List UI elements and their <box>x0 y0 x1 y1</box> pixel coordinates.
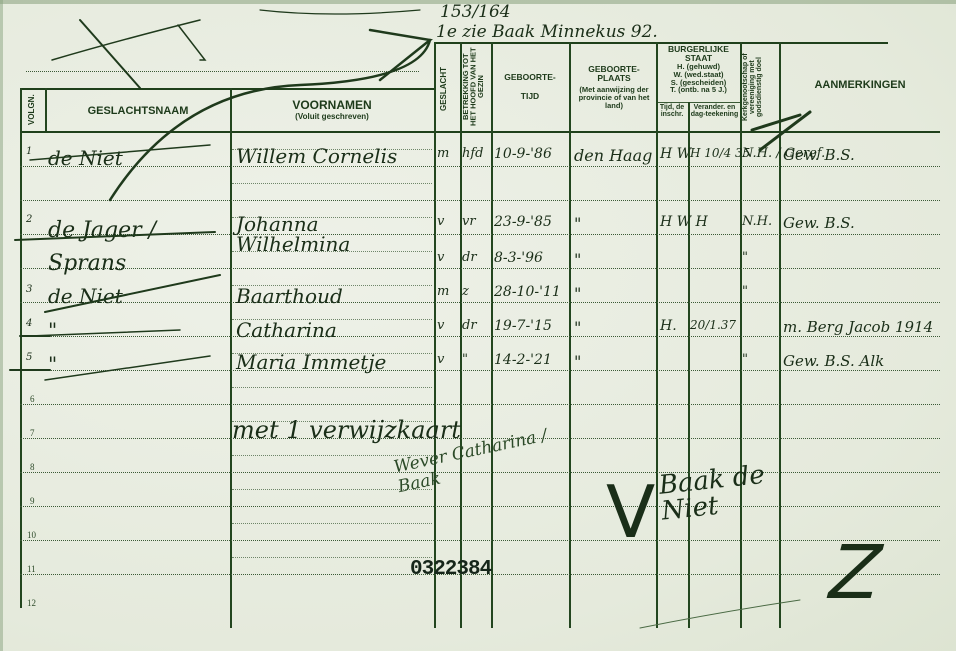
arrow-stroke <box>110 40 430 200</box>
cross-stroke <box>80 20 140 88</box>
registration-card: 153/164 1e zie Baak Minnekus 92. VOLGN. … <box>0 0 956 651</box>
pen-strokes <box>0 0 956 651</box>
